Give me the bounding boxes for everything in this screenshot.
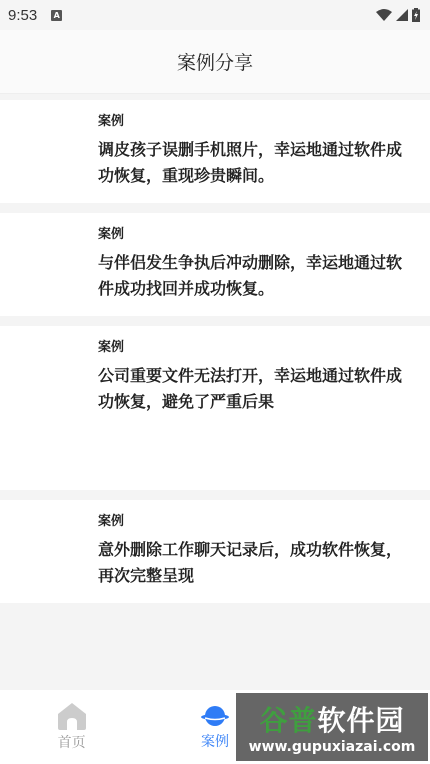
case-tag: 案例 (98, 336, 410, 355)
battery-icon (412, 8, 420, 22)
signal-icon (396, 9, 408, 21)
case-card[interactable]: 案例 调皮孩子误删手机照片，幸运地通过软件成功恢复，重现珍贵瞬间。 (0, 100, 430, 203)
status-bar: 9:53 A (0, 0, 430, 30)
case-text: 与伴侣发生争执后冲动删除，幸运地通过软件成功找回并成功恢复。 (98, 250, 410, 302)
nav-label-home: 首页 (58, 732, 86, 752)
case-tag: 案例 (98, 110, 410, 129)
case-tag: 案例 (98, 223, 410, 242)
case-text: 调皮孩子误删手机照片，幸运地通过软件成功恢复，重现珍贵瞬间。 (98, 137, 410, 189)
case-list: 案例 调皮孩子误删手机照片，幸运地通过软件成功恢复，重现珍贵瞬间。 案例 与伴侣… (0, 94, 430, 603)
wifi-icon (376, 9, 392, 21)
nav-label-cases: 案例 (201, 731, 229, 751)
nav-item-home[interactable]: 首页 (0, 690, 143, 764)
case-card[interactable]: 案例 与伴侣发生争执后冲动删除，幸运地通过软件成功找回并成功恢复。 (0, 213, 430, 316)
app-header: 案例分享 (0, 30, 430, 94)
notification-a-icon: A (51, 10, 62, 21)
status-time: 9:53 (8, 7, 37, 24)
case-card[interactable]: 案例 意外删除工作聊天记录后，成功软件恢复，再次完整呈现 (0, 500, 430, 603)
case-card[interactable]: 案例 公司重要文件无法打开，幸运地通过软件成功恢复，避免了严重后果 (0, 326, 430, 490)
watermark-url: www.gupuxiazai.com (249, 739, 416, 755)
page-title: 案例分享 (177, 48, 253, 75)
case-text: 意外删除工作聊天记录后，成功软件恢复，再次完整呈现 (98, 537, 410, 589)
watermark-overlay: 谷普软件园 www.gupuxiazai.com (236, 693, 428, 761)
home-icon (57, 702, 87, 730)
status-icons (376, 8, 420, 22)
planet-icon (200, 703, 230, 729)
watermark-title: 谷普软件园 (259, 699, 404, 739)
case-text: 公司重要文件无法打开，幸运地通过软件成功恢复，避免了严重后果 (98, 363, 410, 415)
case-tag: 案例 (98, 510, 410, 529)
